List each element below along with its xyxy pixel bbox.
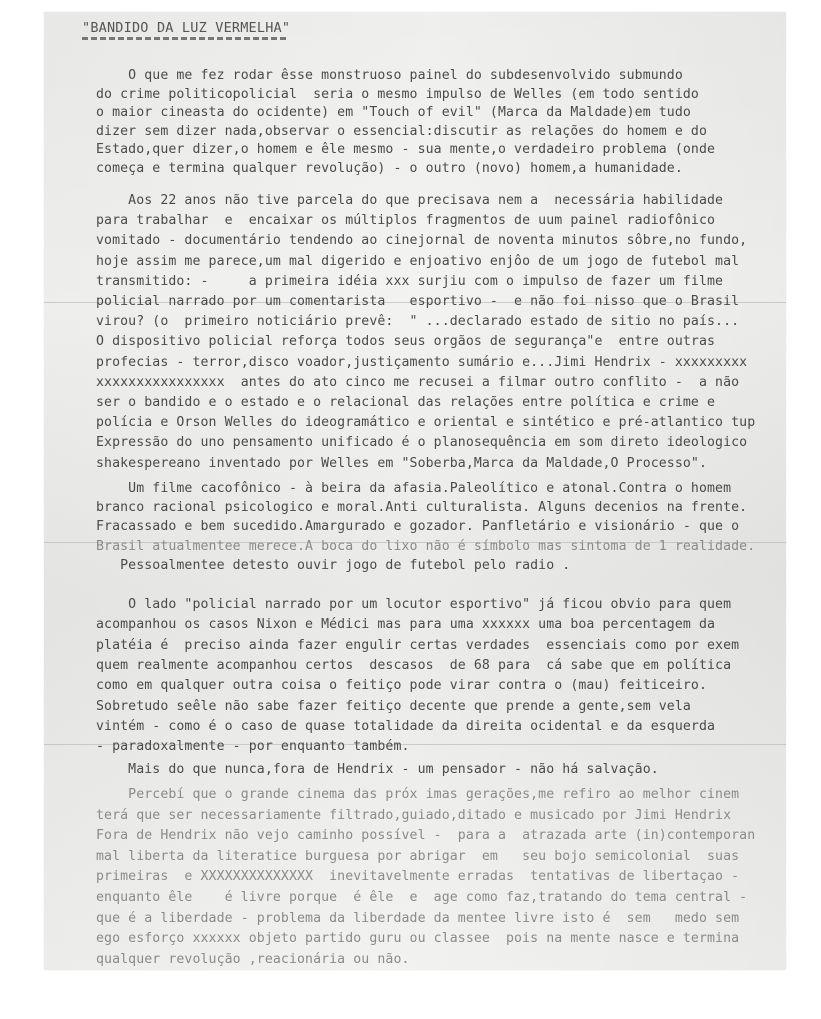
text-line: - paradoxalmente - por enquanto também. [96,739,410,754]
text-line: xxxxxxxxxxxxxxxx antes do ato cinco me r… [96,375,739,390]
text-line: vintém - como é o caso de quase totalida… [96,719,715,734]
text-line: hoje assim me parece,um mal digerido e e… [96,254,739,269]
text-line: vomitado - documentário tendendo ao cine… [96,233,747,248]
text-line: terá que ser necessariamente filtrado,gu… [96,808,731,823]
text-line: para trabalhar e encaixar os múltiplos f… [96,213,715,228]
text-line: como em qualquer outra coisa o feitiço p… [96,678,707,693]
text-line: Aos 22 anos não tive parcela do que prec… [96,193,723,208]
text-line: qualquer revolução ,reacionária ou não. [96,952,410,967]
text-line: Brasil atualmentee merece.A boca do lixo… [96,539,755,554]
text-line: Mais do que nunca,fora de Hendrix - um p… [96,762,659,777]
text-line: Fracassado e bem sucedido.Amargurado e g… [96,519,739,534]
text-line: ego esforço xxxxxx objeto partido guru o… [96,931,739,946]
text-line: mal liberta da literatice burguesa por a… [96,849,739,864]
text-line: policial narrado por um comentarista esp… [96,294,739,309]
text-line: quem realmente acompanhou certos descaso… [96,658,731,673]
text-line: ser o bandido e o estado e o relacional … [96,395,715,410]
text-line: Pessoalmentee detesto ouvir jogo de fute… [96,558,570,573]
text-line: o maior cineasta do ocidente) em "Touch … [96,105,691,120]
text-line: que é a liberdade - problema da liberdad… [96,911,739,926]
text-line: platéia é preciso ainda fazer engulir ce… [96,638,739,653]
text-line: começa e termina qualquer revolução) - o… [96,161,683,176]
text-line: Percebí que o grande cinema das próx ima… [96,787,739,802]
text-line: profecias - terror,disco voador,justiçam… [96,355,747,370]
title-underline [82,37,286,43]
text-line: shakespereano inventado por Welles em "S… [96,456,707,471]
text-line: dizer sem dizer nada,observar o essencia… [96,124,707,139]
text-line: Fora de Hendrix não vejo caminho possíve… [96,828,755,843]
text-line: O dispositivo policial reforça todos seu… [96,334,715,349]
text-line: branco racional psicologico e moral.Anti… [96,500,747,515]
text-line: Sobretudo seêle não sabe fazer feitiço d… [96,699,691,714]
text-line: transmitido: - a primeira idéia xxx surj… [96,274,723,289]
text-line: enquanto êle é livre porque é êle e age … [96,890,747,905]
document-title: "BANDIDO DA LUZ VERMELHA" [82,20,290,36]
text-line: Um filme cacofônico - à beira da afasia.… [96,481,731,496]
text-line: Expressão do uno pensamento unificado é … [96,435,747,450]
text-line: O lado "policial narrado por um locutor … [96,597,731,612]
text-line: virou? (o primeiro noticiário prevê: " .… [96,314,739,329]
text-line: polícia e Orson Welles do ideogramático … [96,415,755,430]
text-line: Estado,quer dizer,o homem e êle mesmo - … [96,142,715,157]
text-line: O que me fez rodar êsse monstruoso paine… [96,68,683,83]
text-line: acompanhou os casos Nixon e Médici mas p… [96,617,715,632]
text-line: do crime politicopolicial seria o mesmo … [96,87,699,102]
text-line: primeiras e XXXXXXXXXXXXXX inevitavelmen… [96,869,739,884]
